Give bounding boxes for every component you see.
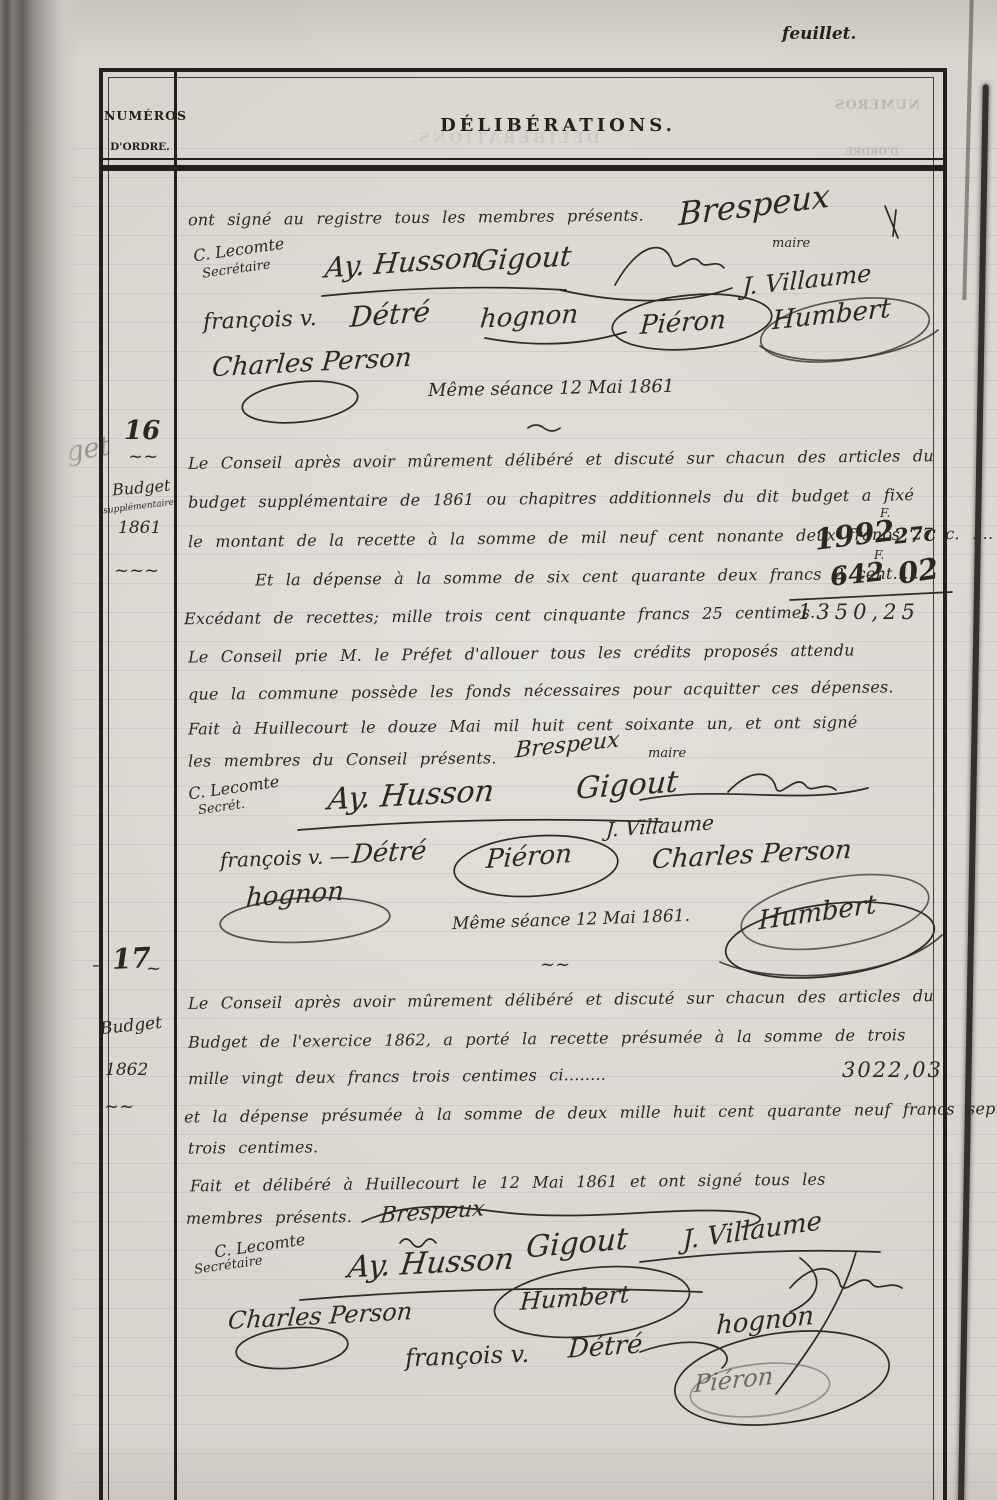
amount-recette-currency: F. <box>880 506 890 520</box>
corner-label: feuillet. <box>782 24 856 44</box>
signature-detre-a: Détré <box>349 295 431 334</box>
seance-heading-1: Même séance 12 Mai 1861 <box>428 376 675 401</box>
entry17-line-7: membres présents. <box>186 1207 352 1228</box>
signature-hognon-a: hognon <box>479 299 580 334</box>
book-binding-gutter <box>0 0 80 1500</box>
entry17-top-squiggle: ~~ <box>540 954 570 975</box>
header-rule-thick <box>99 165 947 171</box>
amount-depense-1861: 642 <box>829 557 886 593</box>
amount-excedent: 1350,25 <box>798 600 920 624</box>
entry16-line-9: les membres du Conseil présents. <box>188 748 497 770</box>
pencil-margin-note: Budget <box>10 430 112 476</box>
entry17-dash: – <box>92 952 102 976</box>
col1-header-line1: NUMÉROS <box>104 108 176 123</box>
register-page-scan: feuillet. NUMÉROS D'ORDRE. DÉLIBÉRATIONS… <box>0 0 997 1500</box>
column-divider <box>174 72 177 1500</box>
signature-francois-a: françois v. <box>203 306 317 335</box>
maire-note-b: maire <box>648 746 686 761</box>
col1-header-line2: D'ORDRE. <box>104 141 176 153</box>
amount-recette-1862: 3022,03 <box>842 1058 943 1082</box>
entry16-squiggle-2: ~~~ <box>114 560 159 581</box>
signature-gigout-a: Gigout <box>475 239 573 277</box>
signature-francois-c: françois v. <box>405 1340 530 1372</box>
maire-note-a: maire <box>772 236 810 251</box>
deliberations-title: DÉLIBÉRATIONS. <box>176 115 940 136</box>
entry17-squiggle-2: ~~ <box>104 1096 134 1117</box>
signature-francois-b: françois v. — <box>220 844 350 873</box>
entry16-margin-year: 1861 <box>118 518 161 538</box>
entry17-margin-year: 1862 <box>105 1060 148 1080</box>
signature-pieron-b: Piéron <box>485 839 573 875</box>
entry16-number: 16 <box>124 416 160 446</box>
signature-detre-c: Détré <box>567 1329 643 1364</box>
amount-depense-cents: 02 <box>896 551 941 591</box>
amount-recette-cents: 27c <box>893 520 937 549</box>
header-rule-thin <box>99 158 947 160</box>
signature-detre-b: Détré <box>351 836 428 870</box>
amount-depense-currency: F. <box>874 548 884 562</box>
signature-gigout-b: Gigout <box>575 764 679 806</box>
signature-pieron-a: Piéron <box>639 305 727 341</box>
entry17-squiggle-1: ~ <box>146 958 161 979</box>
page-edge-shadow-upper <box>962 0 973 300</box>
entry16-squiggle-1: ~~ <box>128 446 158 467</box>
entry17-line-5: trois centimes. <box>188 1137 319 1157</box>
